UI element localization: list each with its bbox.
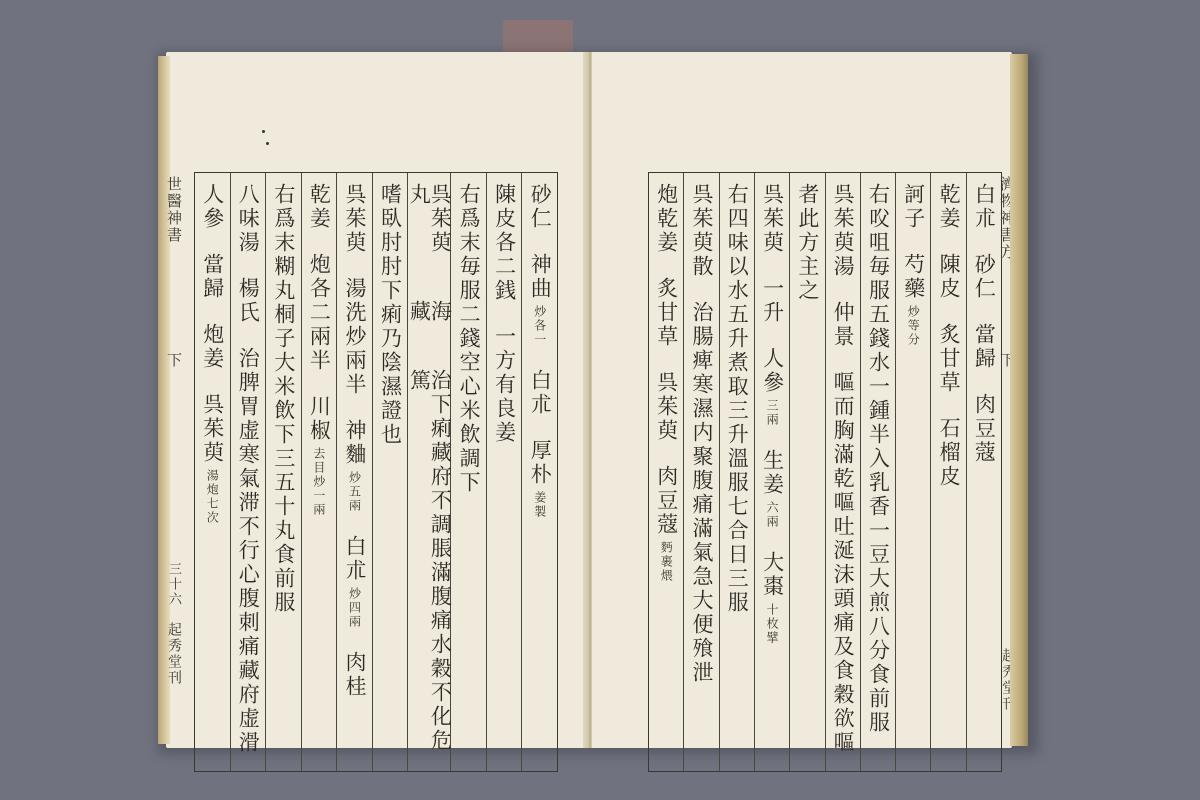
column-entry: 肉桂 — [344, 651, 365, 699]
column-text: 呉茱萸 — [344, 183, 365, 255]
column-text: 右㕮咀毎服五錢水一鍾半入乳香一豆大煎八分食前服 — [867, 183, 888, 735]
column-entry: 川椒 — [308, 395, 329, 443]
text-column: 人參當歸炮姜呉茱萸湯炮七次 — [195, 173, 230, 771]
column-entry: 治脾胃虚寒氣滞不行心腹刺痛藏府虚滑 — [237, 347, 258, 755]
dosage-annotation: 六兩 — [766, 501, 778, 529]
dosage-annotation: 麪裹煨 — [660, 541, 672, 583]
column-entry: 神曲 — [529, 253, 550, 301]
column-text: 嗜臥肘肘下痢乃陰濕證也 — [380, 183, 401, 447]
dosage-annotation: 三兩 — [766, 399, 778, 427]
column-entry: 仲景 — [832, 301, 853, 349]
column-entry: 治下痢藏府不調脹滿腹痛水穀不化危篤 — [408, 369, 450, 771]
column-entry: 楊氏 — [237, 277, 258, 325]
column-entry: 石榴皮 — [938, 417, 959, 489]
column-text: 乾姜 — [938, 183, 959, 231]
paper-speck — [262, 130, 265, 133]
text-column: 右爲末糊丸桐子大米飲下三五十丸食前服 — [265, 173, 301, 771]
column-text: 呉茱萸 — [762, 183, 783, 255]
text-column: 砂仁神曲炒各一白朮厚朴姜製 — [521, 173, 557, 771]
text-column: 炮乾姜炙甘草呉茱萸肉豆蔻麪裹煨 — [649, 173, 683, 771]
column-entry: 當歸 — [973, 323, 994, 371]
text-column: 陳皮各二銭一方有良姜 — [486, 173, 522, 771]
column-text: 者此方主之 — [797, 183, 818, 303]
text-column: 訶子芍藥炒等分 — [895, 173, 930, 771]
column-entry: 陳皮 — [938, 253, 959, 301]
text-column: 呉茱萸一升人參三兩生姜六兩大棗十枚擘 — [754, 173, 789, 771]
column-entry: 呉茱萸 — [202, 393, 223, 465]
left-margin-title: 世醫神書 — [164, 176, 185, 244]
column-text: 白朮 — [973, 183, 994, 231]
column-entry: 厚朴 — [529, 439, 550, 487]
text-column: 白朮砂仁當歸肉豆蔻 — [966, 173, 1001, 771]
column-text: 呉茱萸湯 — [832, 183, 853, 279]
column-entry: 嘔而胸滿乾嘔吐涎沫頭痛及食穀欲嘔 — [832, 371, 853, 755]
column-entry: 炙甘草 — [938, 323, 959, 395]
text-column: 乾姜炮各二兩半川椒去目炒一兩 — [301, 173, 337, 771]
dosage-annotation: 去目炒一兩 — [313, 447, 325, 517]
column-text: 炮乾姜 — [656, 183, 677, 255]
column-entry: 炮姜 — [202, 323, 223, 371]
column-text: 砂仁 — [529, 183, 550, 231]
column-entry: 肉豆蔻 — [973, 393, 994, 465]
column-entry: 湯洗炒兩半 — [344, 277, 365, 397]
column-text: 呉茱萸散 — [691, 183, 712, 279]
text-column: 乾姜陳皮炙甘草石榴皮 — [930, 173, 965, 771]
text-column: 呉茱萸湯仲景嘔而胸滿乾嘔吐涎沫頭痛及食穀欲嘔 — [825, 173, 860, 771]
column-entry: 大棗 — [762, 551, 783, 599]
column-entry: 芍藥 — [903, 253, 924, 301]
text-column: 八味湯楊氏治脾胃虚寒氣滞不行心腹刺痛藏府虚滑 — [230, 173, 266, 771]
left-page-number: 三十六 — [164, 562, 183, 607]
left-page: 世醫神書 下 三十六 起秀堂刊 砂仁神曲炒各一白朮厚朴姜製陳皮各二銭一方有良姜右… — [166, 52, 586, 748]
text-column: 嗜臥肘肘下痢乃陰濕證也 — [372, 173, 408, 771]
left-text-frame: 砂仁神曲炒各一白朮厚朴姜製陳皮各二銭一方有良姜右爲末毎服二錢空心米飲調下呉茱萸丸… — [194, 172, 558, 772]
text-column: 右㕮咀毎服五錢水一鍾半入乳香一豆大煎八分食前服 — [860, 173, 895, 771]
column-entry: 生姜 — [762, 449, 783, 497]
left-margin-publisher: 起秀堂刊 — [164, 622, 184, 686]
dosage-annotation: 炒四兩 — [348, 587, 360, 629]
dosage-annotation: 炒各一 — [534, 305, 546, 347]
column-entry: 人參 — [762, 347, 783, 395]
text-column: 呉茱萸散治腸痺寒濕内聚腹痛滿氣急大便飱泄 — [683, 173, 718, 771]
column-entry: 砂仁 — [973, 253, 994, 301]
text-column: 者此方主之 — [789, 173, 824, 771]
column-text: 訶子 — [903, 183, 924, 231]
column-entry: 一方有良姜 — [494, 325, 515, 445]
column-text: 陳皮各二銭 — [494, 183, 515, 303]
column-entry: 炙甘草 — [656, 277, 677, 349]
dosage-annotation: 姜製 — [534, 491, 546, 519]
text-column: 右爲末毎服二錢空心米飲調下 — [450, 173, 486, 771]
column-entry: 白朮 — [344, 535, 365, 583]
paper-speck — [266, 142, 269, 145]
column-text: 乾姜 — [308, 183, 329, 231]
column-entry: 神麯 — [344, 419, 365, 467]
dosage-annotation: 十枚擘 — [766, 603, 778, 645]
column-text: 呉茱萸丸 — [408, 183, 450, 278]
column-entry: 炮各二兩半 — [308, 253, 329, 373]
column-text: 人參 — [202, 183, 223, 231]
column-entry: 海藏 — [408, 300, 450, 347]
column-text: 右爲末毎服二錢空心米飲調下 — [458, 183, 479, 495]
column-entry: 一升 — [762, 277, 783, 325]
dosage-annotation: 炒五兩 — [348, 471, 360, 513]
column-entry: 呉茱萸 — [656, 371, 677, 443]
column-entry: 治腸痺寒濕内聚腹痛滿氣急大便飱泄 — [691, 301, 712, 685]
right-page: 濟物神書方 下 起秀堂刊 白朮砂仁當歸肉豆蔻乾姜陳皮炙甘草石榴皮訶子芍藥炒等分右… — [592, 52, 1012, 748]
left-margin-volume: 下 — [164, 352, 185, 369]
column-text: 八味湯 — [237, 183, 258, 255]
column-text: 右爲末糊丸桐子大米飲下三五十丸食前服 — [273, 183, 294, 615]
dosage-annotation: 湯炮七次 — [206, 469, 218, 525]
column-entry: 肉豆蔻 — [656, 465, 677, 537]
text-column: 呉茱萸湯洗炒兩半神麯炒五兩白朮炒四兩肉桂 — [336, 173, 372, 771]
text-column: 呉茱萸丸海藏治下痢藏府不調脹滿腹痛水穀不化危篤 — [407, 173, 450, 771]
right-text-frame: 白朮砂仁當歸肉豆蔻乾姜陳皮炙甘草石榴皮訶子芍藥炒等分右㕮咀毎服五錢水一鍾半入乳香… — [648, 172, 1002, 772]
text-column: 右四味以水五升煮取三升溫服七合日三服 — [719, 173, 754, 771]
column-text: 右四味以水五升煮取三升溫服七合日三服 — [726, 183, 747, 615]
dosage-annotation: 炒等分 — [907, 305, 919, 347]
column-entry: 當歸 — [202, 253, 223, 301]
column-entry: 白朮 — [529, 369, 550, 417]
